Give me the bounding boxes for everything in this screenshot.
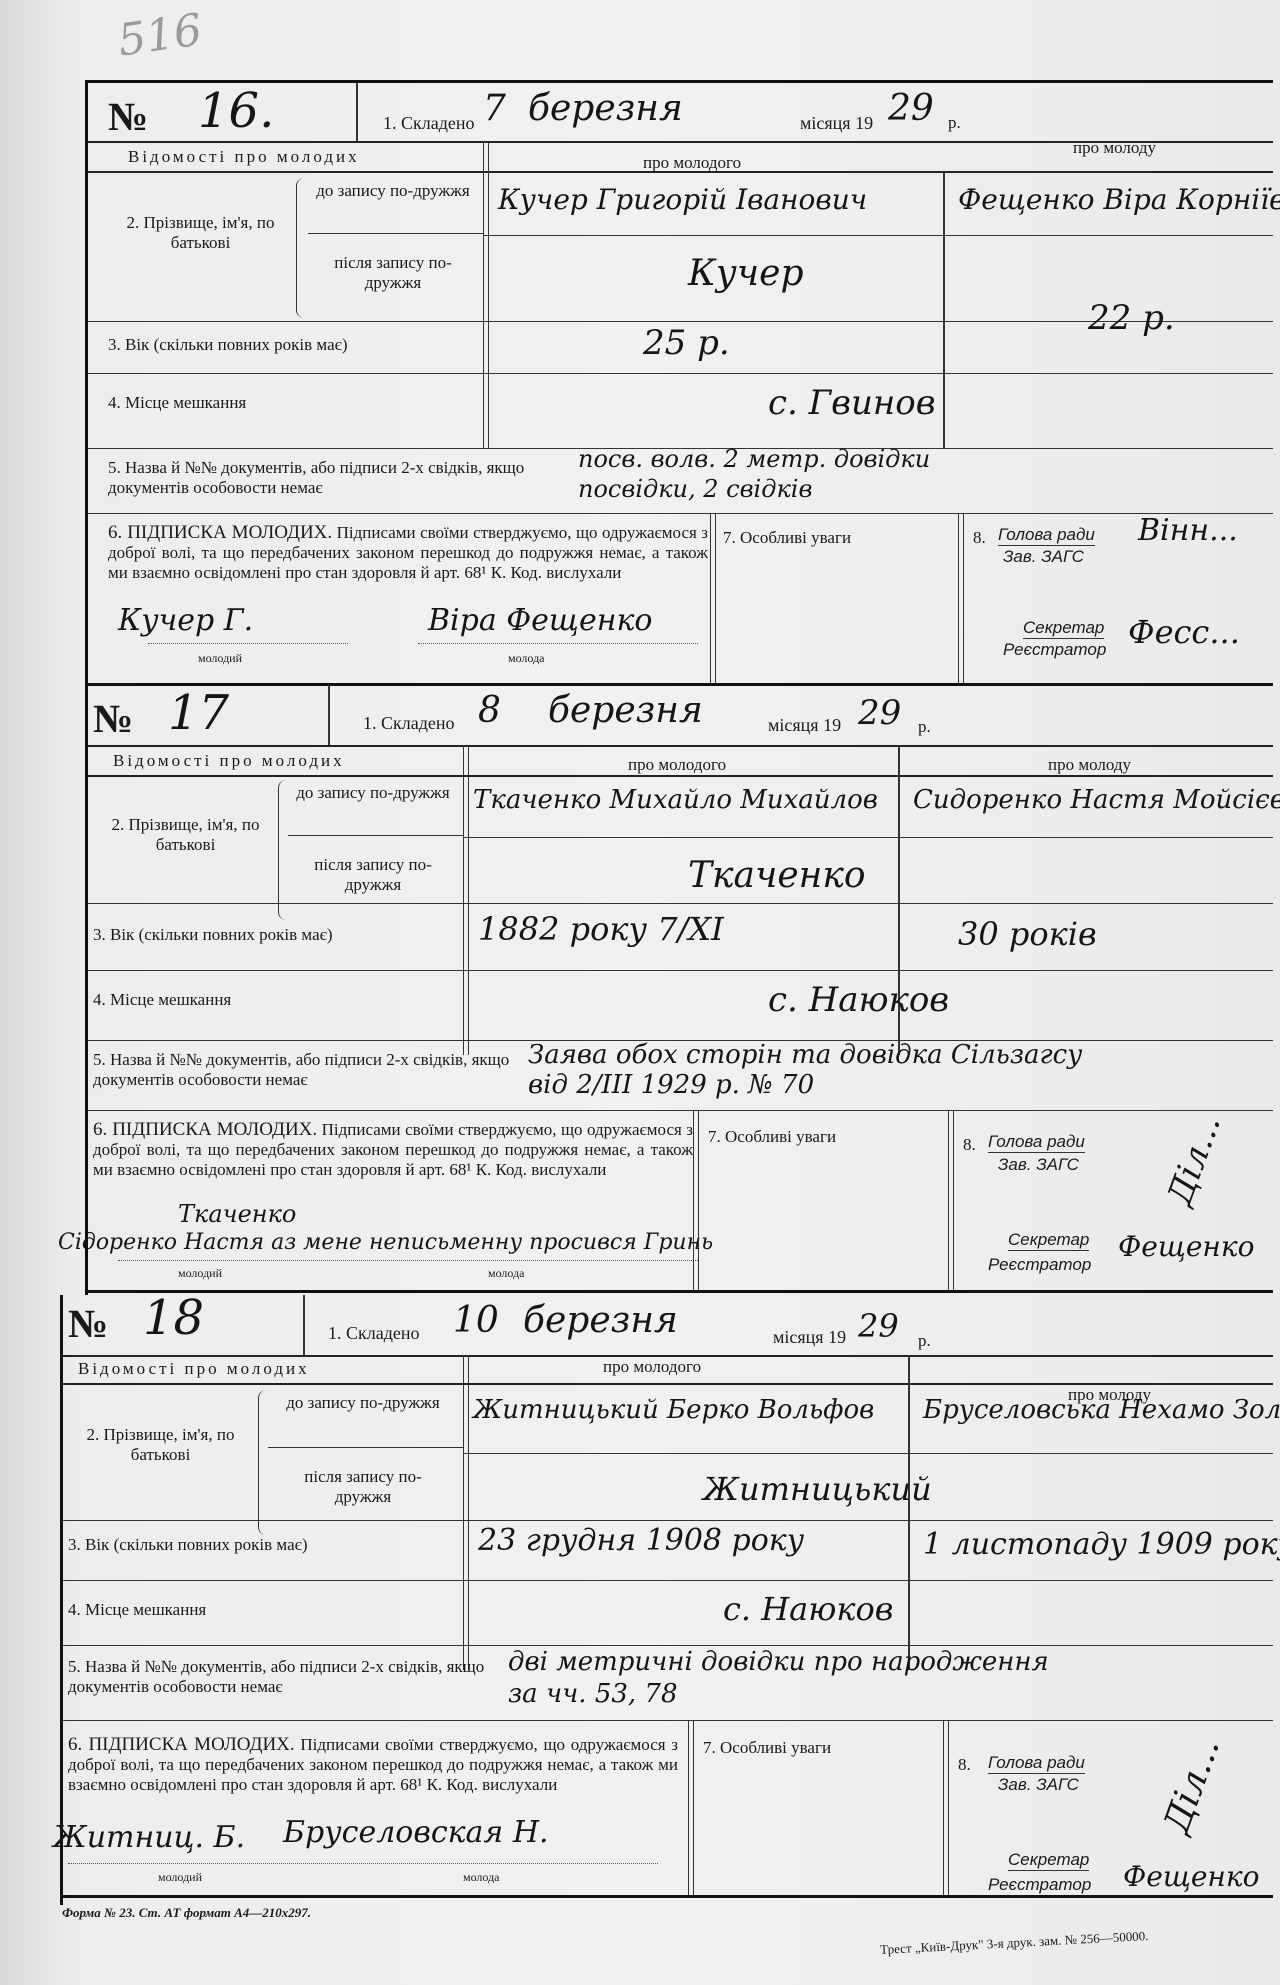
row6-text: 6. ПІДПИСКА МОЛОДИХ. Підписами своїми ст…	[108, 523, 708, 583]
groom-name-after: Ткаченко	[688, 855, 866, 896]
row8-number: 8.	[963, 1135, 976, 1155]
groom-name-after: Кучер	[688, 253, 804, 294]
row7-label: 7. Особливі уваги	[703, 1738, 831, 1758]
row2-before-label: до запису по-дружжя	[313, 181, 473, 201]
info-header: Відомості про молодих	[78, 1359, 310, 1379]
marriage-record-17: № 17 1. Складено 8 березня місяця 19 29 …	[85, 685, 1273, 1295]
groom-signature: Житниц. Б.	[53, 1820, 245, 1855]
groom-name-before: Житницький Берко Вольфов	[473, 1395, 874, 1425]
record-day: 7	[483, 88, 506, 129]
row3-label: 3. Вік (скільки повних років має)	[93, 925, 333, 945]
info-header: Відомості про молодих	[113, 751, 345, 771]
row6-title: 6. ПІДПИСКА МОЛОДИХ.	[68, 1734, 295, 1755]
groom-sig-label: молодий	[158, 1867, 202, 1887]
residence: с. Гвинов	[768, 383, 936, 423]
groom-age: 1882 року 7/XI	[478, 910, 724, 948]
zags-label: Зав. ЗАГС	[998, 1775, 1079, 1795]
documents-line2: від 2/III 1929 р. № 70	[528, 1070, 814, 1100]
composed-label: 1. Складено	[328, 1323, 420, 1343]
info-header: Відомості про молодих	[128, 147, 360, 167]
row5-label: 5. Назва й №№ документів, або підписи 2-…	[108, 458, 528, 498]
row2-after-label: після запису по-дружжя	[293, 855, 453, 895]
residence: с. Наюков	[768, 980, 949, 1020]
row4-label: 4. Місце мешкання	[93, 990, 231, 1010]
row6-title: 6. ПІДПИСКА МОЛОДИХ.	[93, 1119, 317, 1140]
residence: с. Наюков	[723, 1590, 893, 1628]
head-signature: Діл...	[1160, 1110, 1229, 1211]
row4-label: 4. Місце мешкання	[108, 393, 246, 413]
head-label: Голова ради	[988, 1753, 1085, 1774]
record-day: 8	[478, 690, 501, 731]
groom-sig-label: молодий	[198, 648, 242, 668]
row2-after-label: після запису по-дружжя	[313, 253, 473, 293]
bride-name-before: Сидоренко Настя Мойсієва	[913, 785, 1280, 815]
row2-label: 2. Прізвище, ім'я, по батькові	[108, 213, 293, 253]
head-signature: Вінн...	[1138, 513, 1238, 548]
month-label: місяця 19	[773, 1327, 846, 1347]
groom-age: 23 грудня 1908 року	[478, 1523, 804, 1558]
registrar-signature: Фесс...	[1128, 613, 1240, 651]
marriage-record-16: № 16. 1. Складено 7 березня місяця 19 29…	[85, 80, 1273, 688]
registrar-label: Реєстратор	[1003, 640, 1106, 660]
year-suffix: р.	[918, 717, 931, 737]
row6-text: 6. ПІДПИСКА МОЛОДИХ. Підписами своїми ст…	[68, 1735, 678, 1795]
bride-age: 30 років	[958, 915, 1097, 953]
row6-title: 6. ПІДПИСКА МОЛОДИХ.	[108, 522, 332, 543]
form-info-footer: Форма № 23. Ст. АТ формат А4—210х297.	[62, 1905, 311, 1921]
registrar-label: Реєстратор	[988, 1875, 1091, 1895]
record-year: 29	[858, 1307, 899, 1345]
row7-label: 7. Особливі уваги	[708, 1127, 836, 1147]
number-sign: №	[108, 93, 148, 140]
composed-label: 1. Складено	[383, 113, 475, 133]
bride-age: 1 листопаду 1909 року	[923, 1527, 1280, 1562]
secretary-label: Секретар	[1008, 1230, 1089, 1251]
number-sign: №	[68, 1300, 108, 1347]
record-month: березня	[523, 1300, 678, 1341]
documents-line2: посвідки, 2 свідків	[578, 475, 812, 503]
zags-label: Зав. ЗАГС	[998, 1155, 1079, 1175]
registrar-signature: Фещенко	[1123, 1860, 1259, 1893]
composed-label: 1. Складено	[363, 713, 455, 733]
about-bride-header: про молоду	[1048, 755, 1131, 775]
year-suffix: р.	[948, 113, 961, 133]
groom-signature: Кучер Г.	[118, 603, 253, 638]
year-suffix: р.	[918, 1331, 931, 1351]
documents-line1: Заява обох сторін та довідка Сільзагсу	[528, 1040, 1082, 1070]
bride-age: 22 р.	[1088, 298, 1175, 338]
head-signature: Діл...	[1156, 1732, 1228, 1838]
registrar-label: Реєстратор	[988, 1255, 1091, 1275]
record-number: 18	[143, 1290, 204, 1346]
groom-name-before: Ткаченко Михайло Михайлов	[473, 785, 878, 815]
groom-signature: Ткаченко	[178, 1200, 296, 1228]
row2-after-label: після запису по-дружжя	[278, 1467, 448, 1507]
row4-label: 4. Місце мешкання	[68, 1600, 206, 1620]
row7-label: 7. Особливі уваги	[723, 528, 851, 548]
row8-number: 8.	[958, 1755, 971, 1775]
groom-sig-label: молодий	[178, 1263, 222, 1283]
documents-line1: дві метричні довідки про народження	[508, 1647, 1049, 1677]
record-year: 29	[858, 693, 901, 733]
row3-label: 3. Вік (скільки повних років має)	[68, 1535, 308, 1555]
row5-label: 5. Назва й №№ документів, або підписи 2-…	[68, 1657, 498, 1697]
month-label: місяця 19	[768, 715, 841, 735]
row2-before-label: до запису по-дружжя	[293, 783, 453, 803]
bride-sig-label: молода	[463, 1867, 500, 1887]
bride-sig-label: молода	[488, 1263, 525, 1283]
record-year: 29	[888, 88, 934, 129]
zags-label: Зав. ЗАГС	[1003, 547, 1084, 567]
about-groom-header: про молодого	[643, 153, 741, 173]
groom-name-after: Житницький	[703, 1470, 932, 1508]
bride-signature: Бруселовская Н.	[283, 1815, 549, 1850]
scanned-document-page: 516 № 16. 1. Складено 7 березня місяця 1…	[0, 0, 1280, 1985]
bride-sig-label: молода	[508, 648, 545, 668]
row8-number: 8.	[973, 528, 986, 548]
about-groom-header: про молодого	[628, 755, 726, 775]
secretary-label: Секретар	[1008, 1850, 1089, 1871]
documents-line2: за чч. 53, 78	[508, 1679, 678, 1709]
bride-name-before: Фещенко Віра Корніївна	[958, 183, 1280, 216]
row5-label: 5. Назва й №№ документів, або підписи 2-…	[93, 1050, 513, 1090]
number-sign: №	[93, 695, 133, 742]
record-month: березня	[528, 88, 683, 129]
record-number: 16.	[198, 83, 274, 139]
groom-name-before: Кучер Григорій Іванович	[498, 183, 867, 216]
groom-age: 25 р.	[643, 323, 730, 363]
registrar-signature: Фещенко	[1118, 1230, 1254, 1263]
row6-text: 6. ПІДПИСКА МОЛОДИХ. Підписами своїми ст…	[93, 1120, 693, 1180]
printer-info-footer: Трест „Київ-Друк" 3-я друк. зам. № 256—5…	[880, 1928, 1149, 1958]
archive-page-number: 516	[115, 4, 205, 66]
record-day: 10	[453, 1300, 499, 1341]
row2-label: 2. Прізвище, ім'я, по батькові	[93, 815, 278, 855]
bride-signature: Сідоренко Настя аз мене неписьменну прос…	[58, 1230, 713, 1255]
bride-signature: Віра Фещенко	[428, 603, 652, 638]
row2-before-label: до запису по-дружжя	[278, 1393, 448, 1413]
about-groom-header: про молодого	[603, 1357, 701, 1377]
head-label: Голова ради	[988, 1132, 1085, 1153]
about-bride-header: про молоду	[1073, 138, 1156, 158]
row2-label: 2. Прізвище, ім'я, по батькові	[68, 1425, 253, 1465]
marriage-record-18: № 18 1. Складено 10 березня місяця 19 29…	[60, 1295, 1273, 1905]
row3-label: 3. Вік (скільки повних років має)	[108, 335, 348, 355]
head-label: Голова ради	[998, 525, 1095, 546]
bride-name-before: Бруселовська Нехамо Зольвед	[923, 1395, 1280, 1425]
secretary-label: Секретар	[1023, 618, 1104, 639]
record-number: 17	[168, 685, 229, 741]
month-label: місяця 19	[800, 113, 873, 133]
record-month: березня	[548, 690, 703, 731]
documents-line1: посв. волв. 2 метр. довідки	[578, 445, 930, 473]
